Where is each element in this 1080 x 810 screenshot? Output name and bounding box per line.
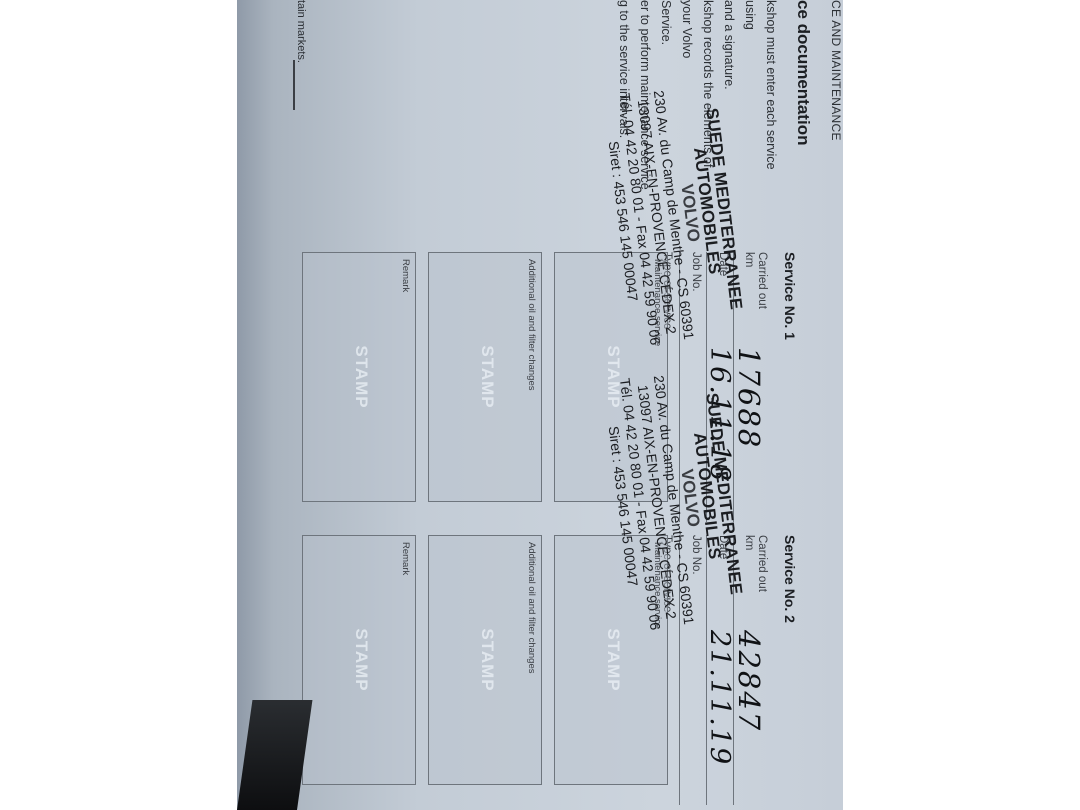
km-value-handwritten: 17688 (732, 347, 766, 449)
km-label: Carried outkm (742, 252, 768, 309)
footnote: tain markets. (295, 0, 307, 63)
service-documentation-page: CE AND MAINTENANCE ce documentation ksho… (237, 0, 843, 810)
stamp-placeholder: STAMP (351, 253, 371, 501)
intro-line: kshop must enter each service using (739, 0, 781, 190)
date-value-handwritten: 21.11.19 (704, 630, 735, 766)
stamp-placeholder: STAMP (477, 536, 497, 784)
box-label: Remark (400, 542, 411, 575)
km-value-handwritten: 42847 (732, 630, 766, 732)
oil-filter-changes-box: Additional oil and filter changes STAMP (428, 252, 542, 502)
page-title: ce documentation (793, 0, 813, 145)
box-label: Additional oil and filter changes (526, 542, 537, 674)
stamp-placeholder: STAMP (477, 253, 497, 501)
stamp-placeholder: STAMP (351, 536, 371, 784)
box-label: Remark (400, 259, 411, 292)
carried-out-label: Carried out (756, 252, 768, 309)
service-title: Service No. 2 (782, 535, 798, 805)
remark-box: Remark STAMP (302, 252, 416, 502)
box-label: Additional oil and filter changes (526, 259, 537, 391)
km-label: Carried outkm (742, 535, 768, 592)
km-unit-label: km (743, 535, 755, 550)
divider (293, 60, 295, 110)
section-header: CE AND MAINTENANCE (829, 0, 843, 141)
booklet-photo: CE AND MAINTENANCE ce documentation ksho… (237, 0, 843, 810)
km-unit-label: km (743, 252, 755, 267)
service-2-stamp-boxes: Maintenance service STAMP Additional oil… (290, 535, 668, 805)
service-title: Service No. 1 (782, 252, 798, 522)
stamp-placeholder: STAMP (603, 536, 623, 784)
carried-out-label: Carried out (756, 535, 768, 592)
oil-filter-changes-box: Additional oil and filter changes STAMP (428, 535, 542, 785)
remark-box: Remark STAMP (302, 535, 416, 785)
